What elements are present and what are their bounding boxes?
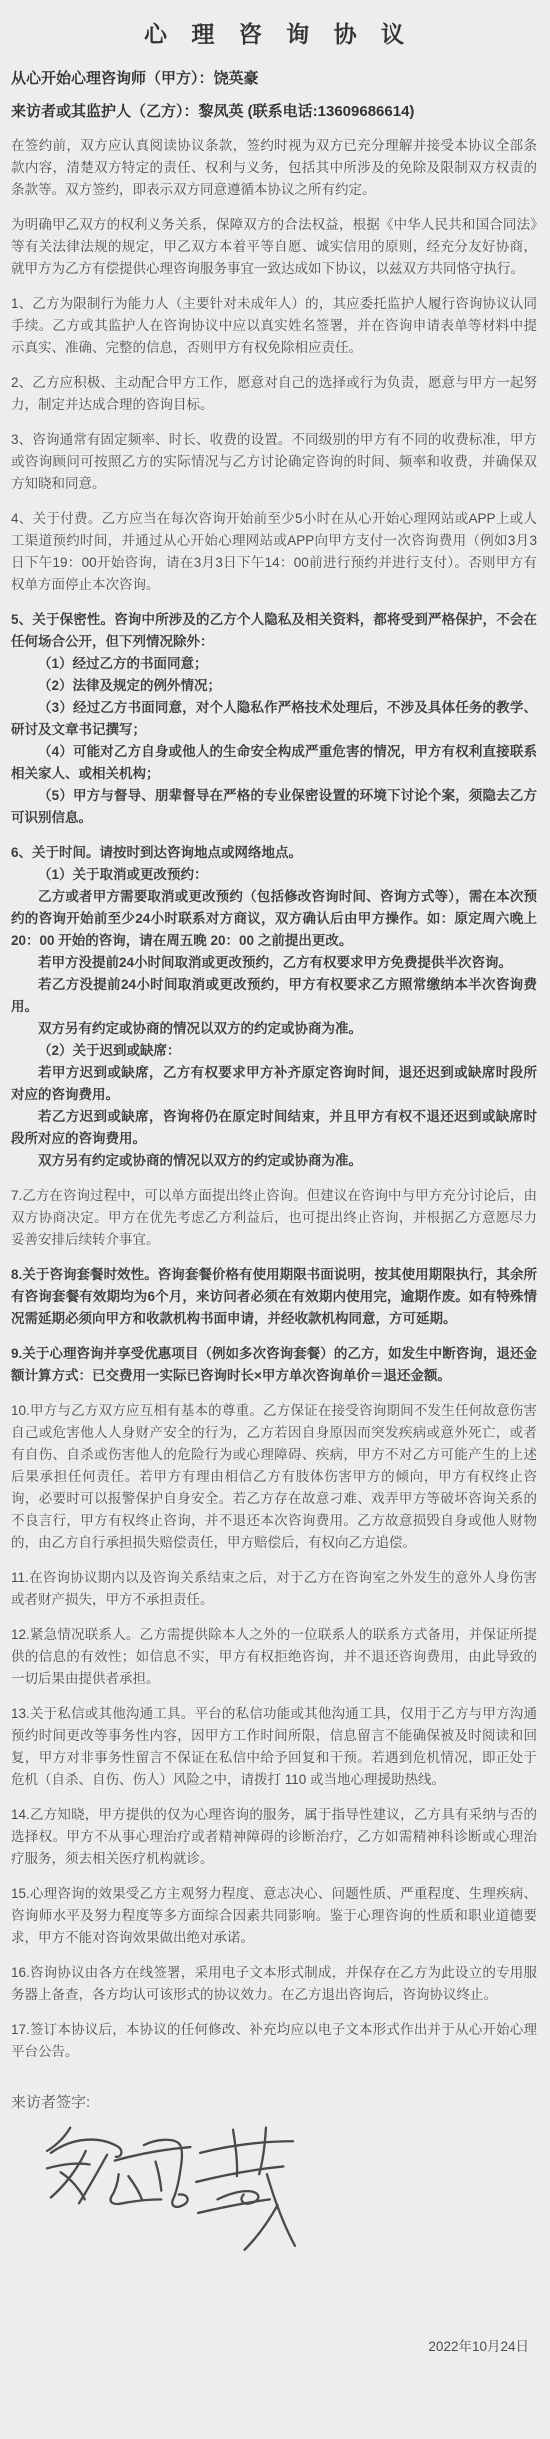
clause-paragraph: 11.在咨询协议期内以及咨询关系结束之后，对于乙方在咨询室之外发生的意外人身伤害…	[11, 1567, 537, 1611]
clause-paragraph: 为明确甲乙双方的权利义务关系，保障双方的合法权益，根据《中华人民共和国合同法》等…	[11, 214, 537, 280]
clause-paragraph: 4、关于付费。乙方应当在每次咨询开始前至少5小时在从心开始心理网站或APP上或人…	[11, 508, 537, 596]
clause-paragraph: （2）关于迟到或缺席：	[11, 1040, 537, 1062]
clause-paragraph: 17.签订本协议后，本协议的任何修改、补充均应以电子文本形式作出并于从心开始心理…	[11, 2019, 537, 2063]
clause-paragraph: 若甲方迟到或缺席，乙方有权要求甲方补齐原定咨询时间，退还迟到或缺席时段所对应的咨…	[11, 1062, 537, 1106]
clause-paragraph: 双方另有约定或协商的情况以双方的约定或协商为准。	[11, 1018, 537, 1040]
clause-paragraph: 2、乙方应积极、主动配合甲方工作，愿意对自己的选择或行为负责，愿意与甲方一起努力…	[11, 372, 537, 416]
party-b-line: 来访者或其监护人（乙方）：黎凤英 (联系电话:13609686614)	[11, 102, 537, 122]
clause-paragraph: 9.关于心理咨询并享受优惠项目（例如多次咨询套餐）的乙方，如发生中断咨询，退还金…	[11, 1343, 537, 1387]
clause-paragraph: 若甲方没提前24小时间取消或更改预约，乙方有权要求甲方免费提供半次咨询。	[11, 952, 537, 974]
clause-paragraph: 6、关于时间。请按时到达咨询地点或网络地点。	[11, 842, 537, 864]
party-a-line: 从心开始心理咨询师（甲方）：饶英豪	[11, 69, 537, 89]
clause-paragraph: （3）经过乙方书面同意，对个人隐私作严格技术处理后，不涉及具体任务的教学、研讨及…	[11, 697, 537, 741]
signing-date: 2022年10月24日	[11, 2335, 537, 2355]
clause-paragraph: 8.关于咨询套餐时效性。咨询套餐价格有使用期限书面说明，按其使用期限执行，其余所…	[11, 1264, 537, 1330]
handwritten-signature-icon	[21, 2118, 321, 2273]
clause-paragraph: 7.乙方在咨询过程中，可以单方面提出终止咨询。但建议在咨询中与甲方充分讨论后，由…	[11, 1185, 537, 1251]
clause-paragraph: 1、乙方为限制行为能力人（主要针对未成年人）的，其应委托监护人履行咨询协议认同手…	[11, 293, 537, 359]
clause-paragraph: 10.甲方与乙方双方应互相有基本的尊重。乙方保证在接受咨询期间不发生任何故意伤害…	[11, 1400, 537, 1554]
clause-paragraph: 5、关于保密性。咨询中所涉及的乙方个人隐私及相关资料，都将受到严格保护，不会在任…	[11, 609, 537, 653]
clause-paragraph: 16.咨询协议由各方在线签署，采用电子文本形式制成，并保存在乙方为此设立的专用服…	[11, 1962, 537, 2006]
clause-paragraph: （5）甲方与督导、朋辈督导在严格的专业保密设置的环境下讨论个案，须隐去乙方可识别…	[11, 785, 537, 829]
clause-paragraph: （2）法律及规定的例外情况；	[11, 675, 537, 697]
agreement-document: 心 理 咨 询 协 议 从心开始心理咨询师（甲方）：饶英豪 来访者或其监护人（乙…	[0, 0, 550, 2439]
visitor-signature	[21, 2118, 321, 2273]
clause-paragraph: 若乙方没提前24小时间取消或更改预约，甲方有权要求乙方照常缴纳本半次咨询费用。	[11, 974, 537, 1018]
clause-paragraph: 15.心理咨询的效果受乙方主观努力程度、意志决心、问题性质、严重程度、生理疾病、…	[11, 1883, 537, 1949]
clause-paragraph: 双方另有约定或协商的情况以双方的约定或协商为准。	[11, 1150, 537, 1172]
clause-paragraph: 若乙方迟到或缺席，咨询将仍在原定时间结束，并且甲方有权不退还迟到或缺席时段所对应…	[11, 1106, 537, 1150]
clause-paragraph: 在签约前，双方应认真阅读协议条款，签约时视为双方已充分理解并接受本协议全部条款内…	[11, 135, 537, 201]
clause-paragraph: （4）可能对乙方自身或他人的生命安全构成严重危害的情况，甲方有权利直接联系相关家…	[11, 741, 537, 785]
signature-label: 来访者签字:	[11, 2091, 537, 2112]
page-title: 心 理 咨 询 协 议	[11, 16, 537, 49]
clause-paragraph: 乙方或者甲方需要取消或更改预约（包括修改咨询时间、咨询方式等），需在本次预约的咨…	[11, 886, 537, 952]
clause-paragraph: （1）关于取消或更改预约：	[11, 864, 537, 886]
clause-paragraph: 14.乙方知晓，甲方提供的仅为心理咨询的服务，属于指导性建议，乙方具有采纳与否的…	[11, 1804, 537, 1870]
clause-paragraph: 3、咨询通常有固定频率、时长、收费的设置。不同级别的甲方有不同的收费标准，甲方或…	[11, 429, 537, 495]
clause-paragraph: 12.紧急情况联系人。乙方需提供除本人之外的一位联系人的联系方式备用，并保证所提…	[11, 1624, 537, 1690]
clause-paragraph: 13.关于私信或其他沟通工具。平台的私信功能或其他沟通工具，仅用于乙方与甲方沟通…	[11, 1703, 537, 1791]
clause-paragraph: （1）经过乙方的书面同意；	[11, 653, 537, 675]
clauses-container: 在签约前，双方应认真阅读协议条款，签约时视为双方已充分理解并接受本协议全部条款内…	[11, 135, 537, 2063]
